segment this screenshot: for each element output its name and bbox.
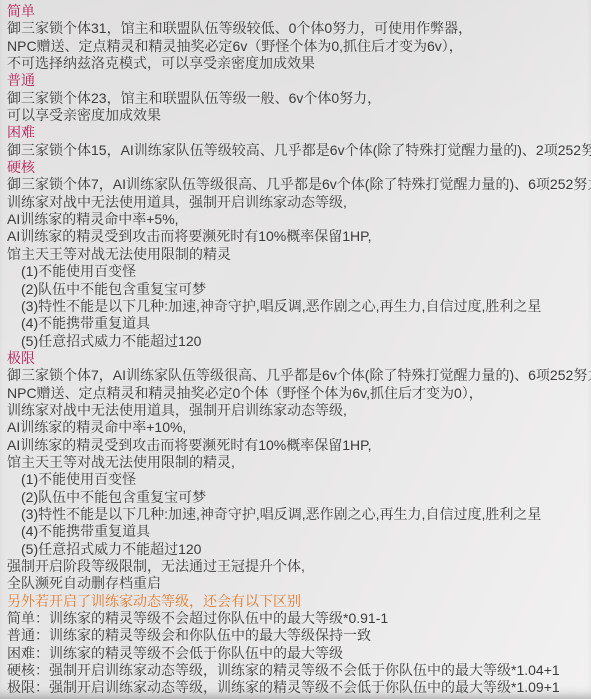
restriction-item: (3)特性不能是以下几种:加速,神奇守护,唱反调,恶作剧之心,再生力,自信过度,… xyxy=(7,506,585,523)
note-line: 御三家锁个体7，AI训练家队伍等级很高、几乎都是6v个体(除了特殊打觉醒力量的)… xyxy=(7,367,585,384)
restriction-item: (3)特性不能是以下几种:加速,神奇守护,唱反调,恶作剧之心,再生力,自信过度,… xyxy=(7,298,585,315)
note-line: 硬核：强制开启训练家动态等级，训练家的精灵等级不会低于你队伍中的最大等级*1.0… xyxy=(7,662,585,679)
difficulty-description-panel: 简单御三家锁个体31，馆主和联盟队伍等级较低、0个体0努力，可使用作弊器，NPC… xyxy=(0,0,591,699)
restriction-item: (5)任意招式威力不能超过120 xyxy=(7,333,585,350)
note-line: 困难：训练家的精灵等级不会低于你队伍中的最大等级 xyxy=(7,645,585,662)
restriction-item: (2)队伍中不能包含重复宝可梦 xyxy=(7,489,585,506)
restriction-item: (1)不能使用百变怪 xyxy=(7,263,585,280)
difficulty-header: 硬核 xyxy=(7,159,585,176)
note-line: 训练家对战中无法使用道具，强制开启训练家动态等级, xyxy=(7,402,585,419)
note-line: 普通：训练家的精灵等级会和你队伍中的最大等级保持一致 xyxy=(7,627,585,644)
restriction-item: (2)队伍中不能包含重复宝可梦 xyxy=(7,281,585,298)
note-line: NPC赠送、定点精灵和精灵抽奖必定6v（野怪个体为0,抓住后才变为6v）， xyxy=(7,38,585,55)
note-line: 馆主天王等对战无法使用限制的精灵, xyxy=(7,454,585,471)
difficulty-header: 极限 xyxy=(7,350,585,367)
note-line: 御三家锁个体7，AI训练家队伍等级很高、几乎都是6v个体(除了特殊打觉醒力量的)… xyxy=(7,176,585,193)
note-line: 训练家对战中无法使用道具，强制开启训练家动态等级, xyxy=(7,194,585,211)
difficulty-notes: 简单御三家锁个体31，馆主和联盟队伍等级较低、0个体0努力，可使用作弊器，NPC… xyxy=(7,3,585,697)
note-line: 御三家锁个体23，馆主和联盟队伍等级一般、6v个体0努力， xyxy=(7,90,585,107)
note-line: AI训练家的精灵受到攻击而将要濒死时有10%概率保留1HP, xyxy=(7,437,585,454)
note-line: 馆主天王等对战无法使用限制的精灵 xyxy=(7,246,585,263)
restriction-item: (5)任意招式威力不能超过120 xyxy=(7,541,585,558)
note-line: 极限：强制开启训练家动态等级，训练家的精灵等级不会低于你队伍中的最大等级*1.0… xyxy=(7,679,585,696)
difficulty-header: 普通 xyxy=(7,72,585,89)
note-line: NPC赠送、定点精灵和精灵抽奖必定0个体（野怪个体为6v,抓住后才变为0）， xyxy=(7,385,585,402)
dynamic-level-note: 另外若开启了训练家动态等级，还会有以下区别 xyxy=(7,593,585,610)
difficulty-header: 简单 xyxy=(7,3,585,20)
note-line: 全队濒死自动删存档重启 xyxy=(7,575,585,592)
note-line: 强制开启阶段等级限制，无法通过王冠提升个体, xyxy=(7,558,585,575)
note-line: 简单：训练家的精灵等级不会超过你队伍中的最大等级*0.91-1 xyxy=(7,610,585,627)
note-line: 御三家锁个体31，馆主和联盟队伍等级较低、0个体0努力，可使用作弊器， xyxy=(7,20,585,37)
difficulty-header: 困难 xyxy=(7,124,585,141)
note-line: AI训练家的精灵命中率+5%, xyxy=(7,211,585,228)
restriction-item: (1)不能使用百变怪 xyxy=(7,471,585,488)
restriction-item: (4)不能携带重复道具 xyxy=(7,315,585,332)
note-line: 不可选择纳兹洛克模式，可以享受亲密度加成效果 xyxy=(7,55,585,72)
note-line: AI训练家的精灵命中率+10%, xyxy=(7,419,585,436)
note-line: 可以享受亲密度加成效果 xyxy=(7,107,585,124)
note-line: 御三家锁个体15，AI训练家队伍等级较高、几乎都是6v个体(除了特殊打觉醒力量的… xyxy=(7,142,585,159)
note-line: AI训练家的精灵受到攻击而将要濒死时有10%概率保留1HP, xyxy=(7,228,585,245)
restriction-item: (4)不能携带重复道具 xyxy=(7,523,585,540)
